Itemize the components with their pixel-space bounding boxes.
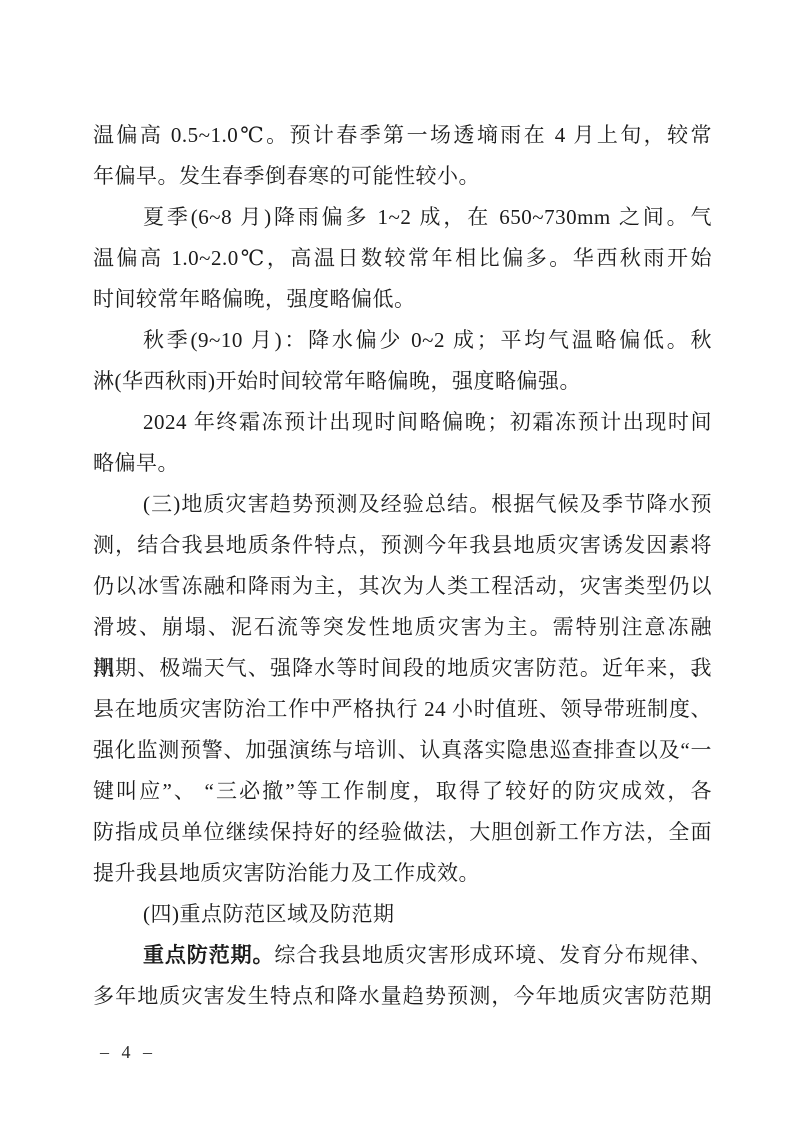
text-line: 温偏高 1.0~2.0℃，高温日数较常年相比偏多。华西秋雨开始 bbox=[93, 238, 712, 279]
text-line: 重点防范期。综合我县地质灾害形成环境、发育分布规律、 bbox=[93, 935, 712, 976]
document-page: 温偏高 0.5~1.0℃。预计春季第一场透墒雨在 4 月上旬，较常 年偏早。发生… bbox=[0, 0, 793, 1122]
bold-lead-phrase: 重点防范期。 bbox=[143, 943, 274, 967]
text-line: 提升我县地质灾害防治能力及工作成效。 bbox=[93, 853, 712, 894]
document-body: 温偏高 0.5~1.0℃。预计春季第一场透墒雨在 4 月上旬，较常 年偏早。发生… bbox=[93, 115, 712, 1017]
text-line: 仍以冰雪冻融和降雨为主，其次为人类工程活动，灾害类型仍以 bbox=[93, 566, 712, 607]
text-line: 键叫应”、 “三必撤”等工作制度，取得了较好的防灾成效，各 bbox=[93, 771, 712, 812]
text-line: 强化监测预警、加强演练与培训、认真落实隐患巡查排查以及“一 bbox=[93, 730, 712, 771]
text-line: 夏季(6~8 月)降雨偏多 1~2 成，在 650~730mm 之间。气 bbox=[93, 197, 712, 238]
text-line: 略偏早。 bbox=[93, 443, 712, 484]
page-number: – 4 – bbox=[100, 1040, 156, 1064]
text-line: 秋季(9~10 月)：降水偏少 0~2 成；平均气温略偏低。秋 bbox=[93, 320, 712, 361]
text-line: 防指成员单位继续保持好的经验做法，大胆创新工作方法，全面 bbox=[93, 812, 712, 853]
text-line: 滑坡、崩塌、泥石流等突发性地质灾害为主。需特别注意冻融期、 bbox=[93, 607, 712, 648]
text-line: 多年地质灾害发生特点和降水量趋势预测，今年地质灾害防范期 bbox=[93, 976, 712, 1017]
section-heading-line: (三)地质灾害趋势预测及经验总结。根据气候及季节降水预 bbox=[93, 484, 712, 525]
text-line: 县在地质灾害防治工作中严格执行 24 小时值班、领导带班制度、 bbox=[93, 689, 712, 730]
text-line: 时间较常年略偏晚，强度略偏低。 bbox=[93, 279, 712, 320]
text-line: 年偏早。发生春季倒春寒的可能性较小。 bbox=[93, 156, 712, 197]
text-line: 汛期、极端天气、强降水等时间段的地质灾害防范。近年来，我 bbox=[93, 648, 712, 689]
section-heading-line: (四)重点防范区域及防范期 bbox=[93, 894, 712, 935]
text-line: 测，结合我县地质条件特点，预测今年我县地质灾害诱发因素将 bbox=[93, 525, 712, 566]
text-line: 温偏高 0.5~1.0℃。预计春季第一场透墒雨在 4 月上旬，较常 bbox=[93, 115, 712, 156]
text-run: 综合我县地质灾害形成环境、发育分布规律、 bbox=[274, 943, 712, 967]
text-line: 淋(华西秋雨)开始时间较常年略偏晚，强度略偏强。 bbox=[93, 361, 712, 402]
text-line: 2024 年终霜冻预计出现时间略偏晚；初霜冻预计出现时间 bbox=[93, 402, 712, 443]
